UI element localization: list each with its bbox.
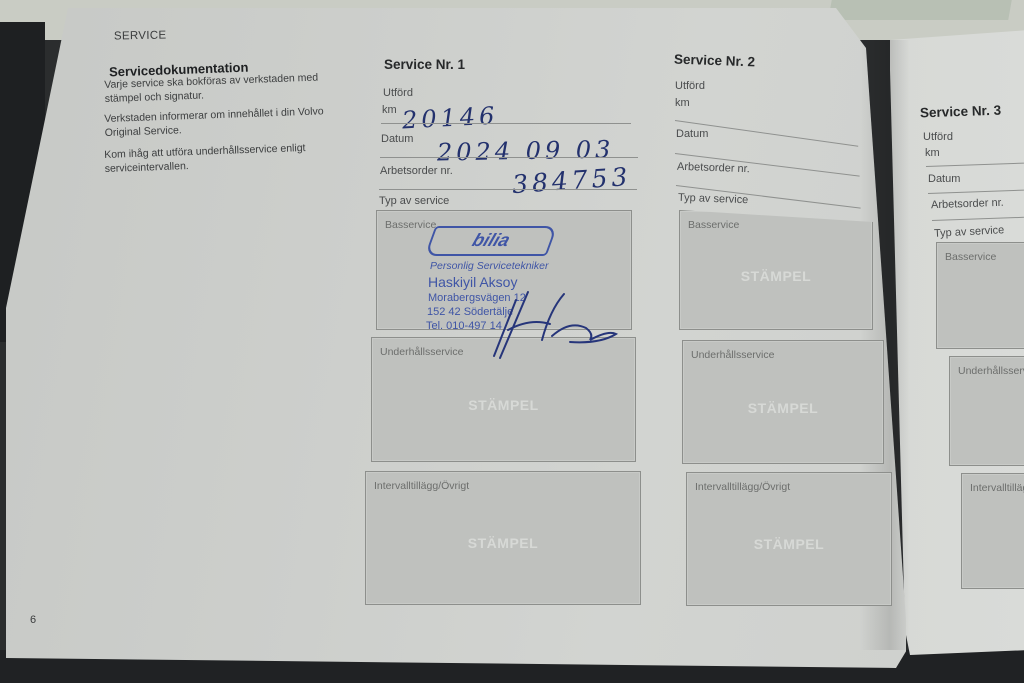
service-1-datum-value[interactable]: 2024 09 03 xyxy=(437,135,615,166)
underhall-label: Underhållsservice xyxy=(691,349,774,361)
service-2-underhall-box: Underhållsservice STÄMPEL xyxy=(682,340,884,464)
service-2-datum-label: Datum xyxy=(676,128,708,140)
page-number: 6 xyxy=(30,614,36,626)
basservice-label: Basservice xyxy=(945,251,996,263)
service-1-km-value[interactable]: 20146 xyxy=(401,101,499,134)
service-1-typ-label: Typ av service xyxy=(379,195,449,207)
stamp-name: Haskiyil Aksoy xyxy=(428,274,517,290)
service-3-title: Service Nr. 3 xyxy=(920,103,1002,121)
stamp-placeholder: STÄMPEL xyxy=(366,535,640,551)
section-header: SERVICE xyxy=(114,30,167,43)
underhall-label: Underhållsservice xyxy=(380,346,463,358)
service-3-datum-label: Datum xyxy=(928,173,960,185)
basservice-label: Basservice xyxy=(385,219,436,231)
stamp-role: Personlig Servicetekniker xyxy=(430,260,548,272)
service-2-arbetsorder-label: Arbetsorder nr. xyxy=(677,161,750,176)
service-3-km-label: km xyxy=(925,147,940,159)
intervall-label: Intervalltillägg/Övrigt xyxy=(695,481,790,493)
service-3-underhall-box: Underhållsservice xyxy=(949,356,1024,466)
intervall-label: Intervalltillägg/Övrigt xyxy=(374,480,469,492)
service-3-intervall-box: Intervalltillägg/Övrigt xyxy=(961,473,1024,589)
service-1-title: Service Nr. 1 xyxy=(384,57,465,72)
service-1-arbetsorder-label: Arbetsorder nr. xyxy=(380,165,453,177)
service-1-datum-line xyxy=(380,157,638,158)
stamp-placeholder: STÄMPEL xyxy=(683,400,883,416)
intervall-label: Intervalltillägg/Övrigt xyxy=(970,482,1024,494)
service-1-intervall-box: Intervalltillägg/Övrigt STÄMPEL xyxy=(365,471,641,605)
service-1-datum-label: Datum xyxy=(381,133,413,145)
service-3-utford-label: Utförd xyxy=(923,131,953,143)
service-1-km-label: km xyxy=(382,104,397,116)
service-3-basservice-box: Basservice xyxy=(936,242,1024,349)
service-2-intervall-box: Intervalltillägg/Övrigt STÄMPEL xyxy=(686,472,892,606)
service-1-utford-label: Utförd xyxy=(383,87,413,99)
service-2-basservice-box: Basservice STÄMPEL xyxy=(679,210,873,330)
background-card xyxy=(828,0,1012,20)
bilia-logo: bilia xyxy=(425,226,558,256)
stamp-placeholder: STÄMPEL xyxy=(372,397,635,413)
basservice-label: Basservice xyxy=(688,219,739,231)
signature xyxy=(490,290,620,360)
service-3-arbetsorder-label: Arbetsorder nr. xyxy=(931,197,1004,212)
stamp-placeholder: STÄMPEL xyxy=(680,268,872,284)
service-2-typ-label: Typ av service xyxy=(678,192,749,206)
service-1-arbetsorder-line xyxy=(379,189,637,190)
service-2-km-label: km xyxy=(675,97,690,109)
stamp-placeholder: STÄMPEL xyxy=(687,536,891,552)
service-2-utford-label: Utförd xyxy=(675,80,705,92)
underhall-label: Underhållsservice xyxy=(958,365,1024,377)
service-2-title: Service Nr. 2 xyxy=(674,52,756,70)
service-1-km-line xyxy=(381,123,631,124)
